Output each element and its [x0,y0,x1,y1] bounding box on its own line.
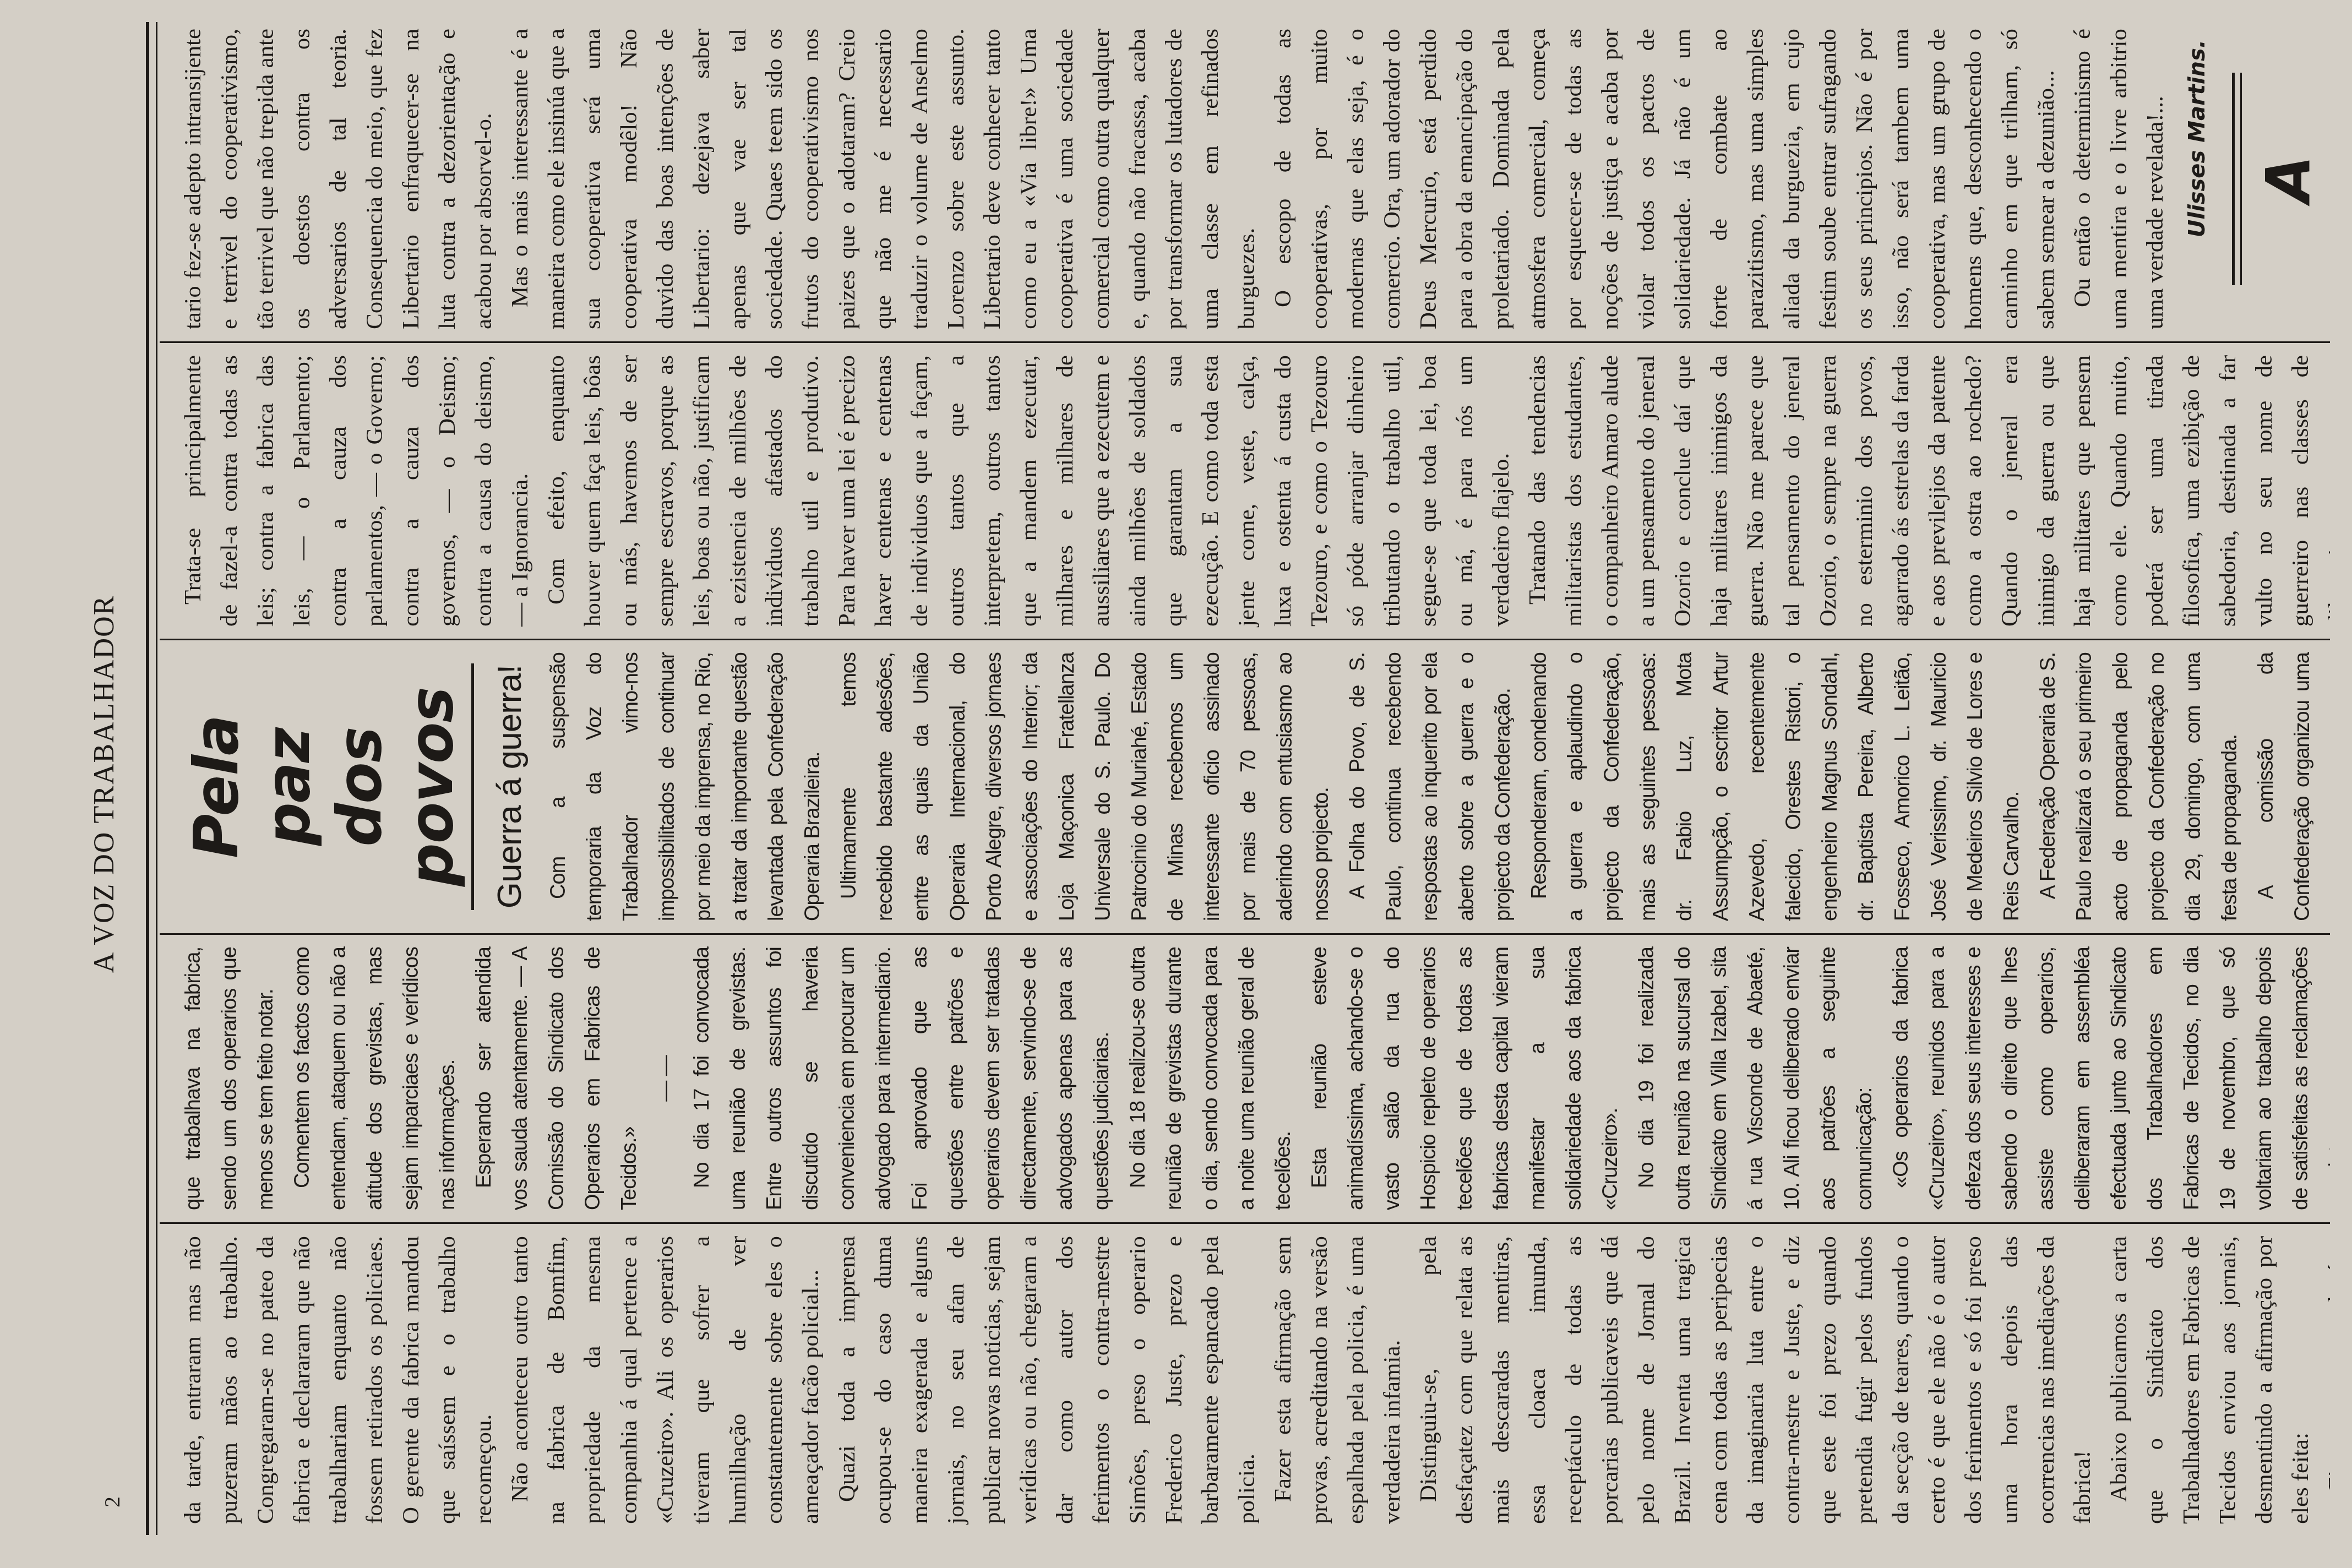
paragraph: «Os operarios da fabrica «Cruzeiro», reu… [1883,947,2330,1210]
paragraph: Tratando das tendencias militaristas dos… [1520,355,2330,627]
column-3: Pela paz dos povos Guerra á guerra! Com … [160,639,2330,933]
paragraph: Abaixo publicamos a carta que o Sindicat… [2101,1236,2319,1524]
author-byline: Ulisses Martins. [2179,40,2215,318]
paragraph: Ultimamente temos recebido bastante ades… [831,652,1340,921]
column-1: da tarde, entraram mas não puzeram mãos … [160,1222,2330,1536]
paragraph: Trata-se principalmente de fazel-a contr… [175,355,538,627]
paragraph: tario fez-se adepto intransijente e terr… [175,29,502,329]
separator: — — [647,947,684,1210]
paragraph: Mas o mais interessante é a maneira como… [502,29,1265,329]
paragraph: Responderam, condenando a guerra e aplau… [1521,652,2030,921]
paragraph: Não aconteceu outro tanto na fabrica de … [502,1236,829,1524]
section-rule [2232,73,2242,285]
article-headline-a-verdade: A verdade [2253,40,2330,318]
paragraph: da tarde, entraram mas não puzeram mãos … [175,1236,502,1524]
paragraph: A Folha do Povo, de S. Paulo, continua r… [1340,652,1521,921]
paragraph: No dia 19 foi realizada outra reunião na… [1629,947,1883,1210]
paragraph: Ou então o determinismo é uma mentira e … [2065,29,2174,329]
paragraph: O escopo de todas as cooperativas, por m… [1265,29,2065,329]
column-grid: da tarde, entraram mas não puzeram mãos … [160,17,2330,1536]
paragraph: A Federação Operaria de S. Paulo realiza… [2030,652,2248,921]
article-subheadline: Guerra á guerra! [485,652,535,921]
masthead-title: A VOZ DO TRABALHADOR [88,0,121,1568]
newspaper-page: 2 A VOZ DO TRABALHADOR da tarde, entrara… [0,0,2352,1568]
paragraph: Fazer esta afirmação sem provas, acredit… [1265,1236,1411,1524]
column-4: Trata-se principalmente de fazel-a contr… [160,341,2330,639]
paragraph: Quazi toda a imprensa ocupou-se do caso … [829,1236,1265,1524]
paragraph: «Ficamos devéras surpreendidos e indigna… [2319,1236,2330,1524]
paragraph: Com efeito, enquanto houver quem faça le… [538,355,1520,627]
paragraph: No dia 17 foi convocada uma reunião de g… [684,947,1120,1210]
paragraph: No dia 18 realizou-se outra reunião de g… [1120,947,1302,1210]
paragraph: que trabalhava na fabrica, sendo um dos … [175,947,284,1210]
paragraph: A comissão da Confederação organizou uma… [2248,652,2330,921]
column-2: que trabalhava na fabrica, sendo um dos … [160,933,2330,1222]
paragraph: Comentem os factos como entendam, ataque… [284,947,466,1210]
header-rule [146,22,157,1535]
paragraph: Esta reunião esteve animadíssima, achand… [1302,947,1629,1210]
paragraph: Distinguiu-se, pela desfaçatez com que r… [1411,1236,2101,1524]
article-headline-pela-paz: Pela paz dos povos [181,663,474,910]
paragraph: Com a suspensão temporaria da Voz do Tra… [540,652,831,921]
column-5: tario fez-se adepto intransijente e terr… [160,17,2330,341]
paragraph: Esperando ser atendida vos sauda atentam… [466,947,647,1210]
